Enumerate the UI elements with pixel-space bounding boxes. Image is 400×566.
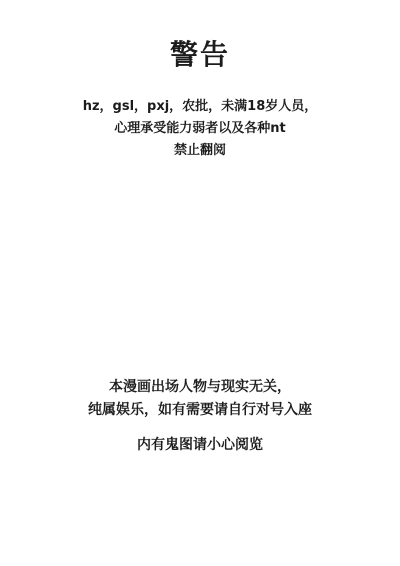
warning-page: 警告 hz，gsl，pxj，农批，未满18岁人员， 心理承受能力弱者以及各种nt… xyxy=(0,0,400,566)
warning-line: hz，gsl，pxj，农批，未满18岁人员， xyxy=(0,96,400,118)
warning-line: 禁止翻阅 xyxy=(0,140,400,162)
disclaimer-line: 本漫画出场人物与现实无关， xyxy=(0,376,400,399)
disclaimer-block: 本漫画出场人物与现实无关， 纯属娱乐，如有需要请自行对号入座 xyxy=(0,376,400,422)
page-title: 警告 xyxy=(0,0,400,72)
warning-line: 心理承受能力弱者以及各种nt xyxy=(0,118,400,140)
warning-block: hz，gsl，pxj，农批，未满18岁人员， 心理承受能力弱者以及各种nt 禁止… xyxy=(0,96,400,162)
disclaimer-line: 纯属娱乐，如有需要请自行对号入座 xyxy=(0,399,400,422)
ghost-image-notice: 内有鬼图请小心阅览 xyxy=(0,434,400,457)
